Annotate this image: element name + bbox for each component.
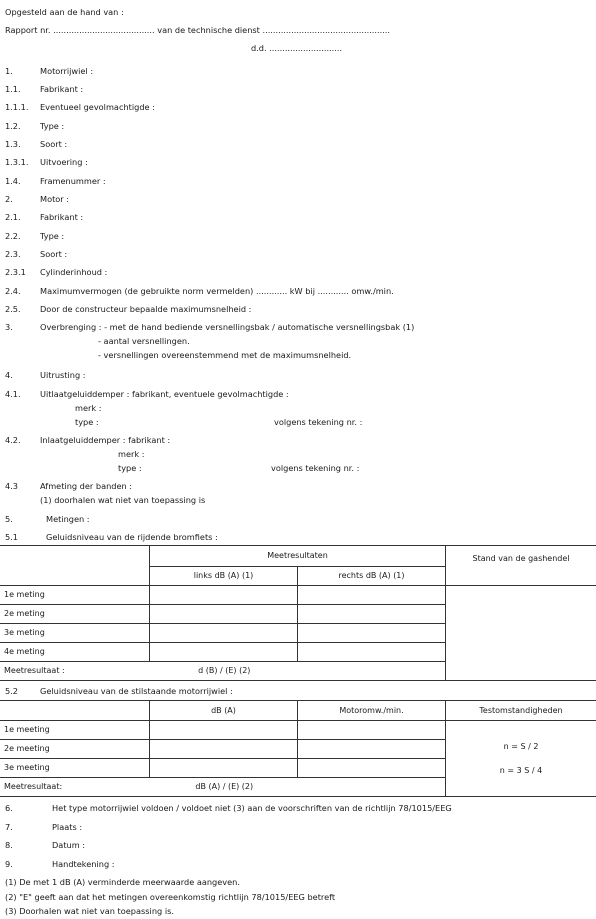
right-db-cell[interactable] bbox=[298, 643, 446, 662]
footnote-3: (3) Doorhalen wat niet van toepassing is… bbox=[5, 906, 174, 916]
item-number: 1.2. bbox=[5, 121, 21, 131]
item-number: 8. bbox=[5, 840, 13, 850]
item-number: 6. bbox=[5, 803, 13, 813]
corner-cell bbox=[0, 701, 150, 721]
item-number: 1.3.1. bbox=[5, 157, 28, 167]
left-db-cell[interactable] bbox=[150, 605, 298, 624]
item-label: Type : bbox=[40, 231, 64, 241]
conditions-header: Testomstandigheden bbox=[446, 701, 596, 721]
exhaust-drawing-label: volgens tekening nr. : bbox=[274, 417, 362, 427]
item-label: Framenummer : bbox=[40, 176, 106, 186]
report-number-line: Rapport nr. ............................… bbox=[5, 25, 390, 35]
exhaust-brand-label: merk : bbox=[75, 403, 101, 413]
item-number: 2.1. bbox=[5, 212, 21, 222]
db-cell[interactable] bbox=[150, 721, 298, 740]
item-label: Fabrikant : bbox=[40, 212, 83, 222]
intake-type-label: type : bbox=[118, 463, 142, 473]
item-number: 4. bbox=[5, 370, 13, 380]
item-label: Eventueel gevolmachtigde : bbox=[40, 102, 155, 112]
item-label: Geluidsniveau van de rijdende bromfiets … bbox=[46, 532, 218, 542]
rpm-cell[interactable] bbox=[298, 721, 446, 740]
item-number: 1.1.1. bbox=[5, 102, 28, 112]
item-number: 2.3.1 bbox=[5, 267, 26, 277]
item-label: Plaats : bbox=[52, 822, 82, 832]
item-label: Soort : bbox=[40, 139, 67, 149]
item-label: Overbrenging : - met de hand bediende ve… bbox=[40, 322, 414, 332]
exhaust-type-label: type : bbox=[75, 417, 99, 427]
item-label: Metingen : bbox=[46, 514, 90, 524]
throttle-header: Stand van de gashendel bbox=[446, 546, 596, 586]
item-number: 5.2 bbox=[5, 686, 18, 696]
row-label: 3e meeting bbox=[0, 759, 150, 778]
item-number: 1.1. bbox=[5, 84, 21, 94]
right-db-header: rechts dB (A) (1) bbox=[298, 567, 446, 586]
left-db-header: links dB (A) (1) bbox=[150, 567, 298, 586]
db-cell[interactable] bbox=[150, 759, 298, 778]
condition-half-speed: n = S / 2 bbox=[450, 742, 592, 752]
item-number: 2.3. bbox=[5, 249, 21, 259]
date-line: d.d. ............................ bbox=[251, 43, 342, 53]
right-db-cell[interactable] bbox=[298, 586, 446, 605]
item-number: 1.4. bbox=[5, 176, 21, 186]
footnote-1: (1) De met 1 dB (A) verminderde meerwaar… bbox=[5, 877, 240, 887]
result-label: Meetresultaat : bbox=[0, 662, 150, 681]
row-label: 1e meeting bbox=[0, 721, 150, 740]
item-number: 4.1. bbox=[5, 389, 21, 399]
rpm-header: Motoromw./min. bbox=[298, 701, 446, 721]
item-number: 9. bbox=[5, 859, 13, 869]
table-row: 1e meeting n = S / 2 n = 3 S / 4 bbox=[0, 721, 596, 740]
item-label: Uitlaatgeluiddemper : fabrikant, eventue… bbox=[40, 389, 289, 399]
corner-cell bbox=[0, 546, 150, 586]
result-label: Meetresultaat: bbox=[0, 778, 150, 797]
table-row: 1e meting bbox=[0, 586, 596, 605]
item-label: Door de constructeur bepaalde maximumsne… bbox=[40, 304, 251, 314]
right-db-cell[interactable] bbox=[298, 605, 446, 624]
left-db-cell[interactable] bbox=[150, 624, 298, 643]
item-label: Type : bbox=[40, 121, 64, 131]
item-number: 2.5. bbox=[5, 304, 21, 314]
item-label: Motor : bbox=[40, 194, 69, 204]
left-db-cell[interactable] bbox=[150, 586, 298, 605]
rpm-cell[interactable] bbox=[298, 759, 446, 778]
item-label: Uitvoering : bbox=[40, 157, 88, 167]
group-header: Meetresultaten bbox=[150, 546, 446, 567]
item-label: Uitrusting : bbox=[40, 370, 86, 380]
result-value: d (B) / (E) (2) bbox=[150, 662, 446, 681]
item-number: 4.3 bbox=[5, 481, 18, 491]
throttle-cell[interactable] bbox=[446, 586, 596, 681]
item-label: Cylinderinhoud : bbox=[40, 267, 107, 277]
intake-drawing-label: volgens tekening nr. : bbox=[271, 463, 359, 473]
item-number: 2. bbox=[5, 194, 13, 204]
item-label: Handtekening : bbox=[52, 859, 115, 869]
conditions-cell: n = S / 2 n = 3 S / 4 bbox=[446, 721, 596, 797]
item-label: Inlaatgeluiddemper : fabrikant : bbox=[40, 435, 170, 445]
footnote-2: (2) "E" geeft aan dat het metingen overe… bbox=[5, 892, 335, 902]
condition-three-quarter-speed: n = 3 S / 4 bbox=[450, 766, 592, 776]
item-label: Soort : bbox=[40, 249, 67, 259]
item-label: Maximumvermogen (de gebruikte norm verme… bbox=[40, 286, 394, 296]
item-number: 2.4. bbox=[5, 286, 21, 296]
row-label: 3e meting bbox=[0, 624, 150, 643]
rpm-cell[interactable] bbox=[298, 740, 446, 759]
item-number: 5.1 bbox=[5, 532, 18, 542]
gears-count-line: - aantal versnellingen. bbox=[98, 336, 190, 346]
row-label: 1e meting bbox=[0, 586, 150, 605]
item-label: Datum : bbox=[52, 840, 85, 850]
gears-match-line: - versnellingen overeenstemmend met de m… bbox=[98, 350, 351, 360]
item-number: 1. bbox=[5, 66, 13, 76]
item-label: Het type motorrijwiel voldoen / voldoet … bbox=[52, 803, 452, 813]
moving-noise-table: Meetresultaten Stand van de gashendel li… bbox=[0, 545, 596, 681]
row-label: 2e meeting bbox=[0, 740, 150, 759]
result-value: dB (A) / (E) (2) bbox=[150, 778, 446, 797]
strike-note: (1) doorhalen wat niet van toepassing is bbox=[40, 495, 205, 505]
left-db-cell[interactable] bbox=[150, 643, 298, 662]
right-db-cell[interactable] bbox=[298, 624, 446, 643]
row-label: 2e meting bbox=[0, 605, 150, 624]
item-number: 2.2. bbox=[5, 231, 21, 241]
item-label: Afmeting der banden : bbox=[40, 481, 132, 491]
item-label: Fabrikant : bbox=[40, 84, 83, 94]
db-cell[interactable] bbox=[150, 740, 298, 759]
stationary-noise-table: dB (A) Motoromw./min. Testomstandigheden… bbox=[0, 700, 596, 797]
prepared-by-label: Opgesteld aan de hand van : bbox=[5, 7, 124, 17]
intake-brand-label: merk : bbox=[118, 449, 144, 459]
db-header: dB (A) bbox=[150, 701, 298, 721]
item-number: 5. bbox=[5, 514, 13, 524]
item-number: 4.2. bbox=[5, 435, 21, 445]
row-label: 4e meting bbox=[0, 643, 150, 662]
item-label: Motorrijwiel : bbox=[40, 66, 93, 76]
item-number: 7. bbox=[5, 822, 13, 832]
item-number: 3. bbox=[5, 322, 13, 332]
item-label: Geluidsniveau van de stilstaande motorri… bbox=[40, 686, 233, 696]
item-number: 1.3. bbox=[5, 139, 21, 149]
